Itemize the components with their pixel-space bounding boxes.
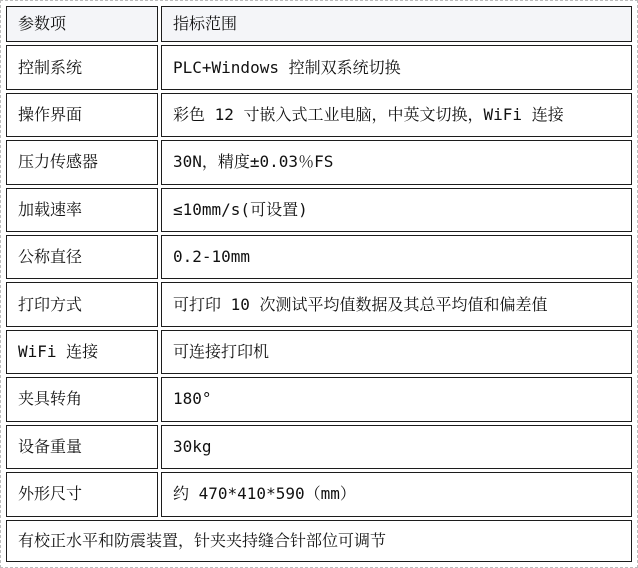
param-value-cell: 30N，精度±0.03％FS [161,140,632,184]
param-value-cell: 180° [161,377,632,421]
header-row: 参数项 指标范围 [6,6,632,42]
table-body-section: 控制系统PLC+Windows 控制双系统切换操作界面彩色 12 寸嵌入式工业电… [6,45,632,516]
table-header-section: 参数项 指标范围 [6,6,632,42]
spec-table: 参数项 指标范围 控制系统PLC+Windows 控制双系统切换操作界面彩色 1… [3,3,635,565]
table-row: 外形尺寸约 470*410*590（mm） [6,472,632,516]
param-name-cell: WiFi 连接 [6,330,158,374]
param-value-cell: 0.2-10mm [161,235,632,279]
param-name-cell: 操作界面 [6,93,158,137]
param-name-cell: 压力传感器 [6,140,158,184]
param-value-cell: PLC+Windows 控制双系统切换 [161,45,632,89]
header-cell-range: 指标范围 [161,6,632,42]
param-name-cell: 控制系统 [6,45,158,89]
param-value-cell: 可打印 10 次测试平均值数据及其总平均值和偏差值 [161,282,632,326]
param-name-cell: 外形尺寸 [6,472,158,516]
param-value-cell: ≤10mm/s(可设置) [161,188,632,232]
footer-row: 有校正水平和防震装置，针夹夹持缝合针部位可调节 [6,520,632,562]
param-name-cell: 设备重量 [6,425,158,469]
param-value-cell: 30kg [161,425,632,469]
param-name-cell: 夹具转角 [6,377,158,421]
table-row: WiFi 连接可连接打印机 [6,330,632,374]
header-cell-parameter: 参数项 [6,6,158,42]
table-row: 夹具转角180° [6,377,632,421]
param-value-cell: 彩色 12 寸嵌入式工业电脑，中英文切换，WiFi 连接 [161,93,632,137]
table-row: 操作界面彩色 12 寸嵌入式工业电脑，中英文切换，WiFi 连接 [6,93,632,137]
footer-note-cell: 有校正水平和防震装置，针夹夹持缝合针部位可调节 [6,520,632,562]
table-footer-section: 有校正水平和防震装置，针夹夹持缝合针部位可调节 [6,520,632,562]
param-value-cell: 约 470*410*590（mm） [161,472,632,516]
table-row: 公称直径0.2-10mm [6,235,632,279]
table-row: 加载速率≤10mm/s(可设置) [6,188,632,232]
param-name-cell: 公称直径 [6,235,158,279]
spec-sheet: 参数项 指标范围 控制系统PLC+Windows 控制双系统切换操作界面彩色 1… [0,0,638,568]
table-row: 设备重量30kg [6,425,632,469]
table-row: 控制系统PLC+Windows 控制双系统切换 [6,45,632,89]
param-value-cell: 可连接打印机 [161,330,632,374]
table-row: 压力传感器30N，精度±0.03％FS [6,140,632,184]
param-name-cell: 加载速率 [6,188,158,232]
table-row: 打印方式可打印 10 次测试平均值数据及其总平均值和偏差值 [6,282,632,326]
param-name-cell: 打印方式 [6,282,158,326]
